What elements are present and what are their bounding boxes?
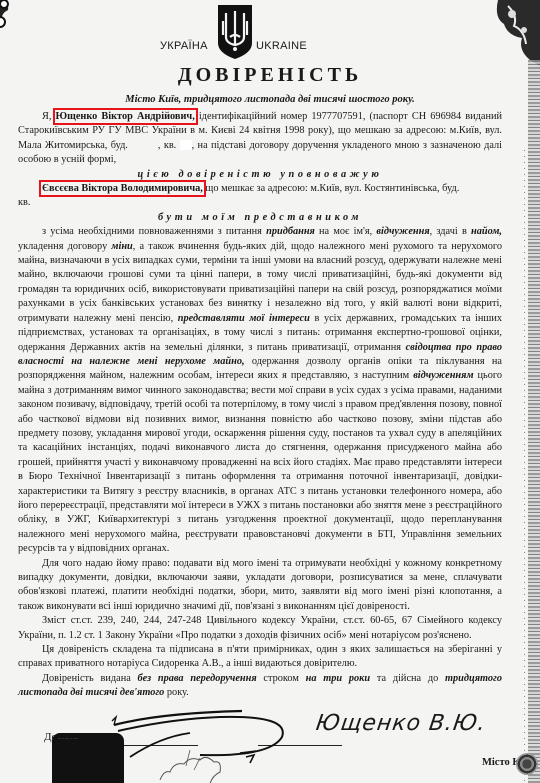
principal-name-highlighted: Ющенко Віктор Андрійович, — [56, 111, 195, 122]
country-name-en: UKRAINE — [256, 40, 307, 52]
country-name-ua: УКРАЇНА — [160, 40, 208, 52]
dotted-line-right — [524, 150, 525, 783]
document-body: Я, Ющенко Віктор Андрійович, ідентифікац… — [18, 110, 502, 701]
agent-name-highlighted: Євсєєва Віктора Володимировича, — [42, 183, 203, 194]
paragraph-principal: Я, Ющенко Віктор Андрійович, ідентифікац… — [18, 110, 502, 168]
paragraph-agent: Євсєєва Віктора Володимировича, що мешка… — [18, 182, 502, 211]
paragraph-copies: Ця довіреність складена та підписана в п… — [18, 643, 502, 672]
heading-representative: бути моїм представником — [18, 211, 502, 225]
heading-authorize: цією довіреністю уповноважую — [18, 168, 502, 182]
power-of-attorney-page: УКРАЇНА UKRAINE ДОВІРЕНІСТЬ Місто Київ, … — [0, 0, 540, 783]
redacted-stamp-block: ····· ······ ····· — [52, 733, 124, 783]
place-and-date: Місто Київ, тридцятого листопада дві тис… — [0, 94, 540, 105]
paragraph-legal-articles: Зміст ст.ст. 239, 240, 244, 247-248 Циві… — [18, 614, 502, 643]
seal-fragment — [516, 753, 538, 775]
redacted-apartment — [180, 140, 192, 150]
signature-area: Довіритель: Ющенко В.Ю. ····· ······ ···… — [0, 695, 540, 783]
header-emblem-row: УКРАЇНА UKRAINE — [0, 2, 540, 60]
trident-icon — [216, 3, 254, 59]
paragraph-powers: з усіма необхідними повноваженнями з пит… — [18, 225, 502, 556]
paragraph-rights: Для чого надаю йому право: подавати від … — [18, 557, 502, 615]
handwritten-name: Ющенко В.Ю. — [314, 711, 487, 736]
map-outline-watermark — [150, 740, 260, 783]
document-title: ДОВІРЕНІСТЬ — [0, 64, 540, 87]
decorative-border-right — [528, 60, 540, 783]
